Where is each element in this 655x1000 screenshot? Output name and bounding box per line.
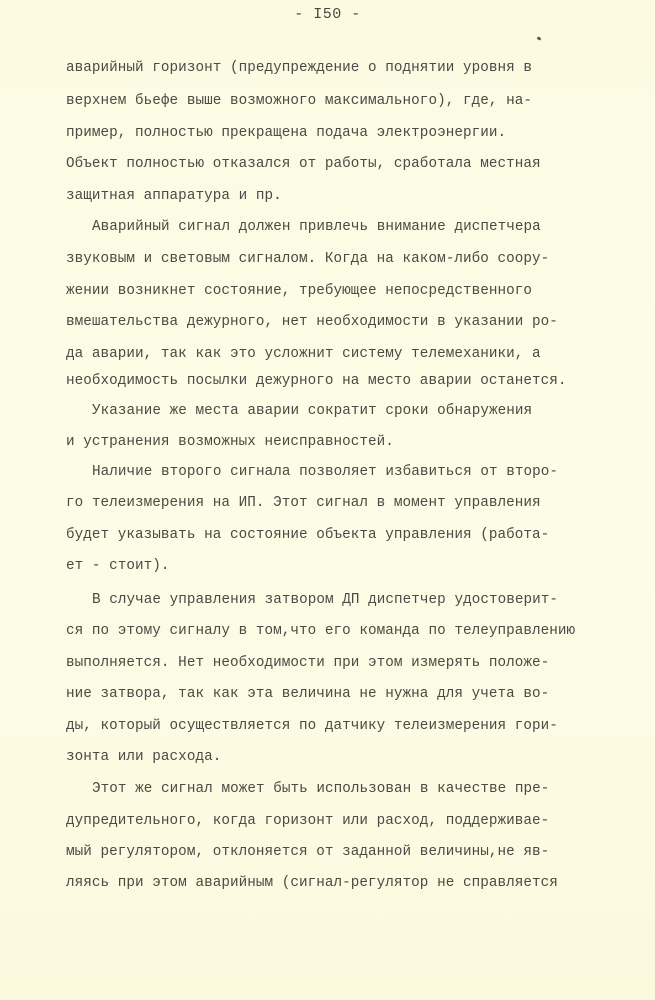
text-line: аварийный горизонт (предупреждение о под… [66, 59, 586, 77]
text-line: пример, полностью прекращена подача элек… [66, 124, 506, 142]
text-line: мый регулятором, отклоняется от заданной… [66, 843, 549, 861]
text-line: ние затвора, так как эта величина не нуж… [66, 685, 549, 703]
text-line: вмешательства дежурного, нет необходимос… [66, 313, 558, 331]
text-line: и устранения возможных неисправностей. [66, 433, 394, 451]
text-line: зонта или расхода. [66, 748, 221, 766]
document-page: - I50 - аварийный горизонт (предупрежден… [0, 0, 655, 1000]
text-line: выполняется. Нет необходимости при этом … [66, 654, 549, 672]
text-line: ся по этому сигналу в том,что его команд… [66, 622, 575, 640]
text-line: Объект полностью отказался от работы, ср… [66, 155, 541, 173]
text-line: Наличие второго сигнала позволяет избави… [92, 463, 558, 481]
text-line: В случае управления затвором ДП диспетче… [92, 591, 558, 609]
text-line: будет указывать на состояние объекта упр… [66, 526, 549, 544]
text-line: звуковым и световым сигналом. Когда на к… [66, 250, 549, 268]
text-line: ет - стоит). [66, 557, 170, 575]
text-line: да аварии, так как это усложнит систему … [66, 345, 541, 363]
text-line: ляясь при этом аварийным (сигнал-регулят… [66, 874, 558, 892]
text-line: защитная аппаратура и пр. [66, 187, 282, 205]
text-line: необходимость посылки дежурного на место… [66, 372, 567, 390]
text-line: дупредительного, когда горизонт или расх… [66, 812, 549, 830]
text-line: верхнем бьефе выше возможного максимальн… [66, 92, 532, 110]
text-line: Этот же сигнал может быть использован в … [92, 780, 549, 798]
text-line: ды, который осуществляется по датчику те… [66, 717, 558, 735]
paper-speck [537, 36, 542, 41]
text-line: жении возникнет состояние, требующее неп… [66, 282, 532, 300]
page-number: - I50 - [0, 6, 655, 23]
text-line: Указание же места аварии сократит сроки … [92, 402, 532, 420]
text-line: го телеизмерения на ИП. Этот сигнал в мо… [66, 494, 541, 512]
text-line: Аварийный сигнал должен привлечь внимани… [92, 218, 541, 236]
